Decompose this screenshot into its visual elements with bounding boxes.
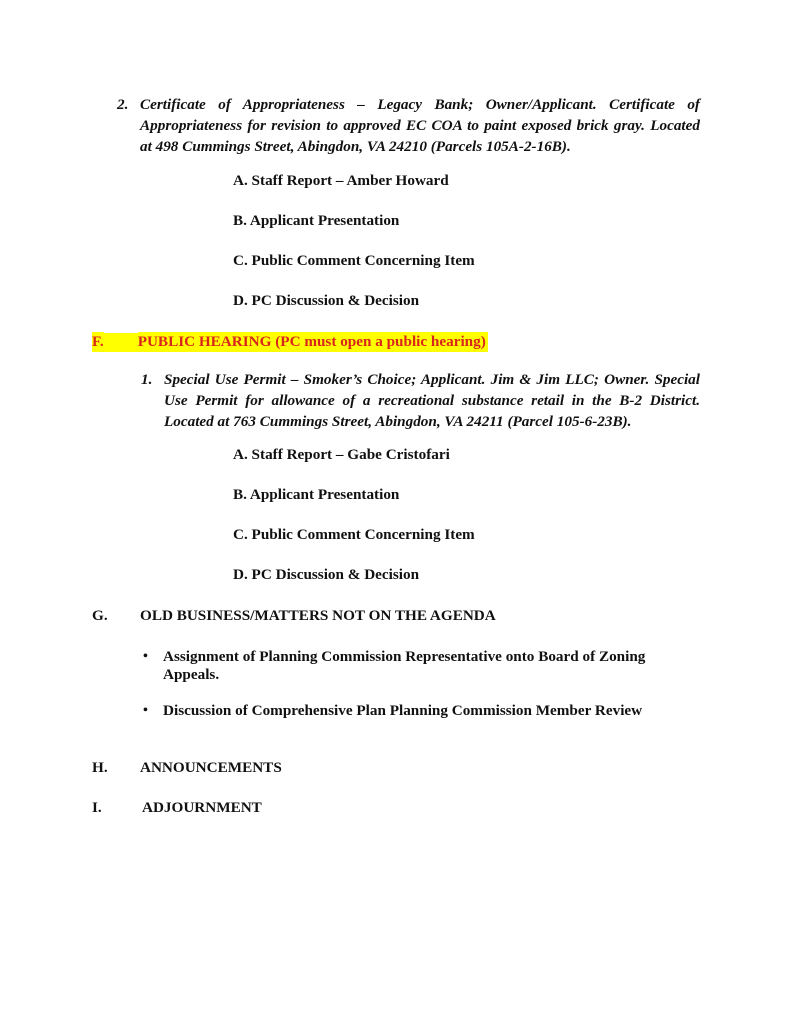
bullet-item: Discussion of Comprehensive Plan Plannin… bbox=[163, 702, 703, 720]
section-g-letter: G. bbox=[92, 607, 108, 625]
section-g-title: OLD BUSINESS/MATTERS NOT ON THE AGENDA bbox=[140, 607, 496, 625]
subitem-public-comment: C. Public Comment Concerning Item bbox=[233, 252, 475, 270]
item-line: Use Permit for allowance of a recreation… bbox=[164, 390, 700, 411]
section-i-title: ADJOURNMENT bbox=[142, 799, 262, 817]
subitem-pc-discussion: D. PC Discussion & Decision bbox=[233, 292, 419, 310]
section-h-title: ANNOUNCEMENTS bbox=[140, 759, 282, 777]
item-line: Appropriateness for revision to approved… bbox=[140, 115, 700, 136]
subitem-staff-report: A. Staff Report – Amber Howard bbox=[233, 172, 449, 190]
item-description: Certificate of Appropriateness – Legacy … bbox=[140, 94, 700, 157]
section-f-heading: F.PUBLIC HEARING (PC must open a public … bbox=[92, 333, 488, 352]
subitem-applicant-presentation: B. Applicant Presentation bbox=[233, 212, 399, 230]
subitem-public-comment: C. Public Comment Concerning Item bbox=[233, 526, 475, 544]
subitem-staff-report: A. Staff Report – Gabe Cristofari bbox=[233, 446, 450, 464]
bullet-icon: • bbox=[143, 649, 148, 665]
item-line: Special Use Permit – Smoker’s Choice; Ap… bbox=[164, 369, 700, 390]
bullet-line: Discussion of Comprehensive Plan Plannin… bbox=[163, 702, 703, 720]
item-description: Special Use Permit – Smoker’s Choice; Ap… bbox=[164, 369, 700, 432]
section-i-letter: I. bbox=[92, 799, 102, 817]
bullet-line: Assignment of Planning Commission Repres… bbox=[163, 648, 703, 666]
item-line: Certificate of Appropriateness – Legacy … bbox=[140, 94, 700, 115]
bullet-item: Assignment of Planning Commission Repres… bbox=[163, 648, 703, 684]
bullet-icon: • bbox=[143, 703, 148, 719]
section-letter: F. bbox=[92, 332, 104, 352]
subitem-applicant-presentation: B. Applicant Presentation bbox=[233, 486, 399, 504]
item-line: at 498 Cummings Street, Abingdon, VA 242… bbox=[140, 136, 700, 157]
bullet-line: Appeals. bbox=[163, 666, 703, 684]
subitem-pc-discussion: D. PC Discussion & Decision bbox=[233, 566, 419, 584]
highlight-gap bbox=[104, 333, 138, 352]
section-title: PUBLIC HEARING (PC must open a public he… bbox=[138, 332, 488, 352]
item-line: Located at 763 Cummings Street, Abingdon… bbox=[164, 411, 700, 432]
item-number: 2. bbox=[117, 94, 128, 115]
section-h-letter: H. bbox=[92, 759, 108, 777]
item-number: 1. bbox=[141, 369, 152, 390]
